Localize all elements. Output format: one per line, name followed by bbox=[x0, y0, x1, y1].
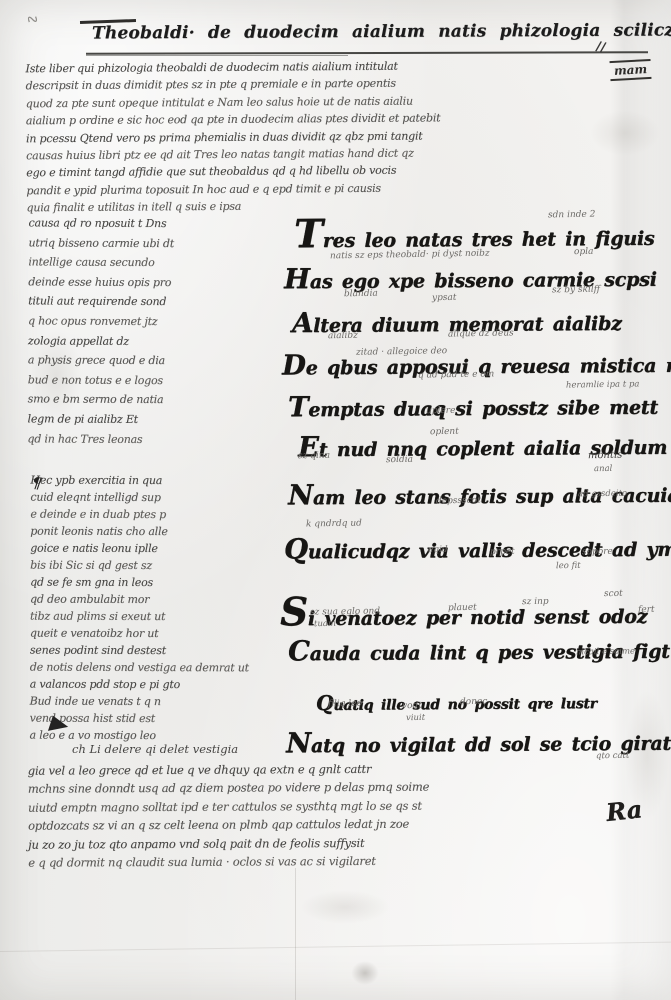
interlinear-note: viuit bbox=[406, 713, 425, 723]
interlinear-note: soldia bbox=[386, 455, 413, 465]
gloss-line: qd in hac Tres leonas bbox=[27, 429, 277, 450]
gloss-line: intellige causa secundo bbox=[28, 253, 278, 274]
interlinear-note: vodt bbox=[402, 701, 422, 711]
gloss-line: bis ibi Sic si qd gest sz bbox=[30, 557, 282, 575]
ink-smudge bbox=[350, 960, 380, 986]
gloss-line: zologia appellat dz bbox=[28, 331, 278, 352]
interlinear-note: opla bbox=[574, 247, 594, 257]
interlinear-note: tuam bbox=[314, 619, 336, 629]
interlinear-note: donec bbox=[460, 697, 488, 707]
interlinear-note: sz inp bbox=[522, 597, 549, 607]
interlinear-note: sopore bbox=[582, 547, 613, 558]
paragraph-mark: ¶ bbox=[31, 473, 43, 492]
page-title: Theobaldi· de duodecim aialium natis phi… bbox=[92, 21, 648, 44]
left-commentary-1: causa qd ro nposuit t Dns utriq bisseno … bbox=[27, 213, 278, 449]
gloss-line: smo e bm sermo de natia bbox=[28, 390, 278, 411]
gloss-line: Hec ypb exercitia in qua bbox=[30, 472, 282, 490]
interlinear-note: fert bbox=[638, 605, 655, 615]
gloss-line: e deinde e in duab ptes p bbox=[30, 506, 282, 524]
interlinear-note: zitad · allegoice deo bbox=[356, 346, 447, 358]
interlinear-note: leo fit bbox=[556, 561, 581, 571]
gloss-line: cuid eleqnt intelligd sup bbox=[30, 489, 282, 507]
gloss-line: qd se fe sm gna in leos bbox=[30, 574, 282, 592]
gloss-line: Bud inde ue venats t q n bbox=[30, 693, 282, 711]
interlinear-note: scot bbox=[604, 589, 623, 599]
gloss-line: tituli aut requirende sond bbox=[28, 292, 278, 313]
interlinear-note: sz by skilff bbox=[552, 285, 600, 296]
margin-flourish: Ra bbox=[605, 794, 644, 827]
ruling-line-vertical bbox=[295, 868, 296, 1000]
left-commentary-2: Hec ypb exercitia in qua cuid eleqnt int… bbox=[30, 472, 283, 745]
interlinear-note: alique dz deus bbox=[448, 328, 514, 339]
gloss-line: q hoc opus ronvemet jtz bbox=[28, 311, 278, 332]
gloss-line: tibz aud plims si exeut ut bbox=[30, 608, 282, 626]
interlinear-note: depssscot bbox=[436, 496, 481, 507]
interlinear-note: plauet bbox=[448, 603, 477, 614]
interlinear-note: montis bbox=[588, 450, 622, 462]
interlinear-note: sdn inde 2 bbox=[548, 210, 596, 221]
interlinear-note: aialibz bbox=[328, 331, 358, 342]
gloss-line: legm de pi aialibz Et bbox=[27, 409, 277, 430]
gloss-line: de notis delens ond vestiga ea demrat ut bbox=[30, 659, 282, 677]
interlinear-note: heramlie ipa t pa bbox=[566, 379, 640, 390]
verse-line: Qualicudqz via vallis descedt ad yma bbox=[284, 531, 671, 566]
bottom-commentary-intro: ch Li delere qi delet vestigia bbox=[72, 742, 238, 756]
interlinear-note: mcail e soime bbox=[576, 646, 635, 657]
gloss-line: causa qd ro nposuit t Dns bbox=[29, 213, 279, 234]
corner-scribble: ∿ bbox=[22, 8, 42, 30]
gloss-line: e q qd dormit nq claudit sua lumia · ocl… bbox=[28, 850, 666, 872]
interlinear-note: uplere bbox=[426, 406, 456, 417]
gloss-line: goice e natis leonu iplle bbox=[30, 540, 282, 558]
gloss-line: queit e venatoibz hor ut bbox=[30, 625, 282, 643]
bottom-commentary: gia vel a leo grece qd et lue q ve dhquy… bbox=[28, 758, 667, 872]
interlinear-note: ad gssdeito bbox=[578, 489, 627, 500]
interlinear-note: filiq leo bbox=[328, 699, 362, 710]
interlinear-note: prpet bbox=[490, 547, 515, 557]
interlinear-note: blandia bbox=[344, 289, 378, 300]
interlinear-note: sz qina bbox=[298, 451, 330, 462]
interlinear-note: eqid bbox=[428, 545, 448, 555]
header-commentary: Iste liber qui phizologia theobaldi de d… bbox=[25, 56, 670, 217]
gloss-line: a physis grece quod e dia bbox=[28, 351, 278, 372]
interlinear-note: ypsat bbox=[432, 293, 457, 303]
paper-stain bbox=[300, 890, 390, 924]
interlinear-note: natis sz eps theobald· pi dyst noibz bbox=[330, 249, 490, 262]
interlinear-note: q ad pad te e om bbox=[418, 369, 494, 380]
interlinear-note: oplent bbox=[430, 427, 459, 438]
title-underline bbox=[86, 55, 348, 56]
gloss-line: senes podint sind destest bbox=[30, 642, 282, 660]
ruling-line-horizontal bbox=[0, 942, 671, 952]
gloss-line: bud e non totus e e logos bbox=[28, 370, 278, 391]
gloss-line: qd deo ambulabit mor bbox=[30, 591, 282, 609]
interlinear-note: anal bbox=[594, 464, 612, 474]
gloss-line: ponit leonis natis cho alle bbox=[30, 523, 282, 541]
interlinear-note: k qndrdq ud bbox=[306, 519, 362, 530]
interlinear-note: sz sua eglo ond bbox=[310, 606, 380, 617]
gloss-line: utriq bisseno carmie ubi dt bbox=[28, 233, 278, 254]
gloss-line: a valancos pdd stop e pi gto bbox=[30, 676, 282, 694]
manuscript-page: Theobaldi· de duodecim aialium natis phi… bbox=[0, 0, 671, 1000]
verse-line: Has ego xpe bisseno carmie scpsi bbox=[284, 261, 657, 296]
verse-line: Temptas duaq si posstz sibe mett bbox=[288, 389, 658, 424]
gloss-line: deinde esse huius opis pro bbox=[28, 272, 278, 293]
